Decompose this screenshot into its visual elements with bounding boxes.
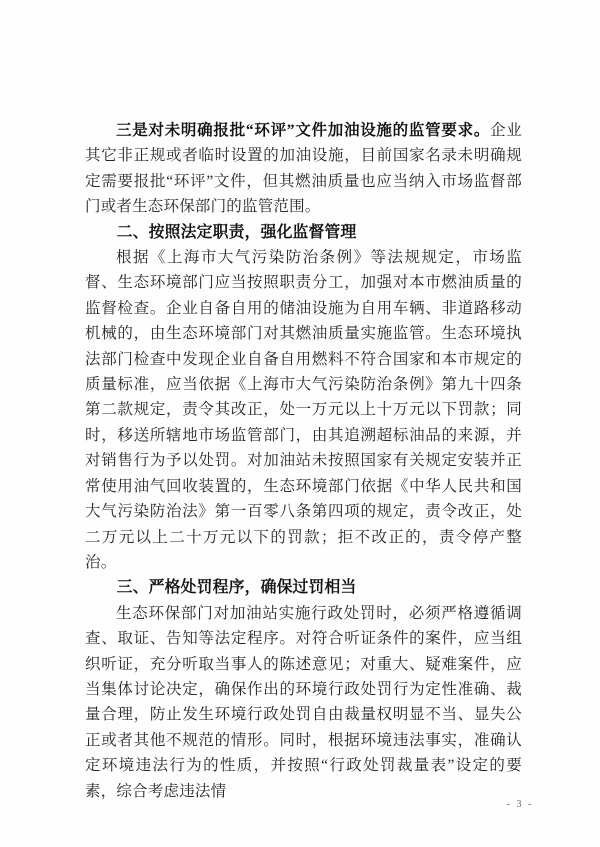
page-number: - 3 - bbox=[480, 799, 560, 810]
section-heading-3: 三、严格处罚程序，确保过罚相当 bbox=[85, 575, 522, 600]
document-page: 三是对未明确报批“环评”文件加油设施的监管要求。企业其它非正规或者临时设置的加油… bbox=[0, 0, 600, 847]
paragraph-section-3: 生态环保部门对加油站实施行政处罚时，必须严格遵循调查、取证、告知等法定程序。对符… bbox=[85, 601, 522, 804]
paragraph-section-2: 根据《上海市大气污染防治条例》等法规规定，市场监督、生态环境部门应当按照职责分工… bbox=[85, 245, 522, 575]
paragraph-intro: 三是对未明确报批“环评”文件加油设施的监管要求。企业其它非正规或者临时设置的加油… bbox=[85, 118, 522, 220]
document-body: 三是对未明确报批“环评”文件加油设施的监管要求。企业其它非正规或者临时设置的加油… bbox=[85, 118, 522, 804]
paragraph-intro-lead: 三是对未明确报批“环评”文件加油设施的监管要求。 bbox=[116, 122, 490, 139]
section-heading-2: 二、按照法定职责，强化监督管理 bbox=[85, 220, 522, 245]
